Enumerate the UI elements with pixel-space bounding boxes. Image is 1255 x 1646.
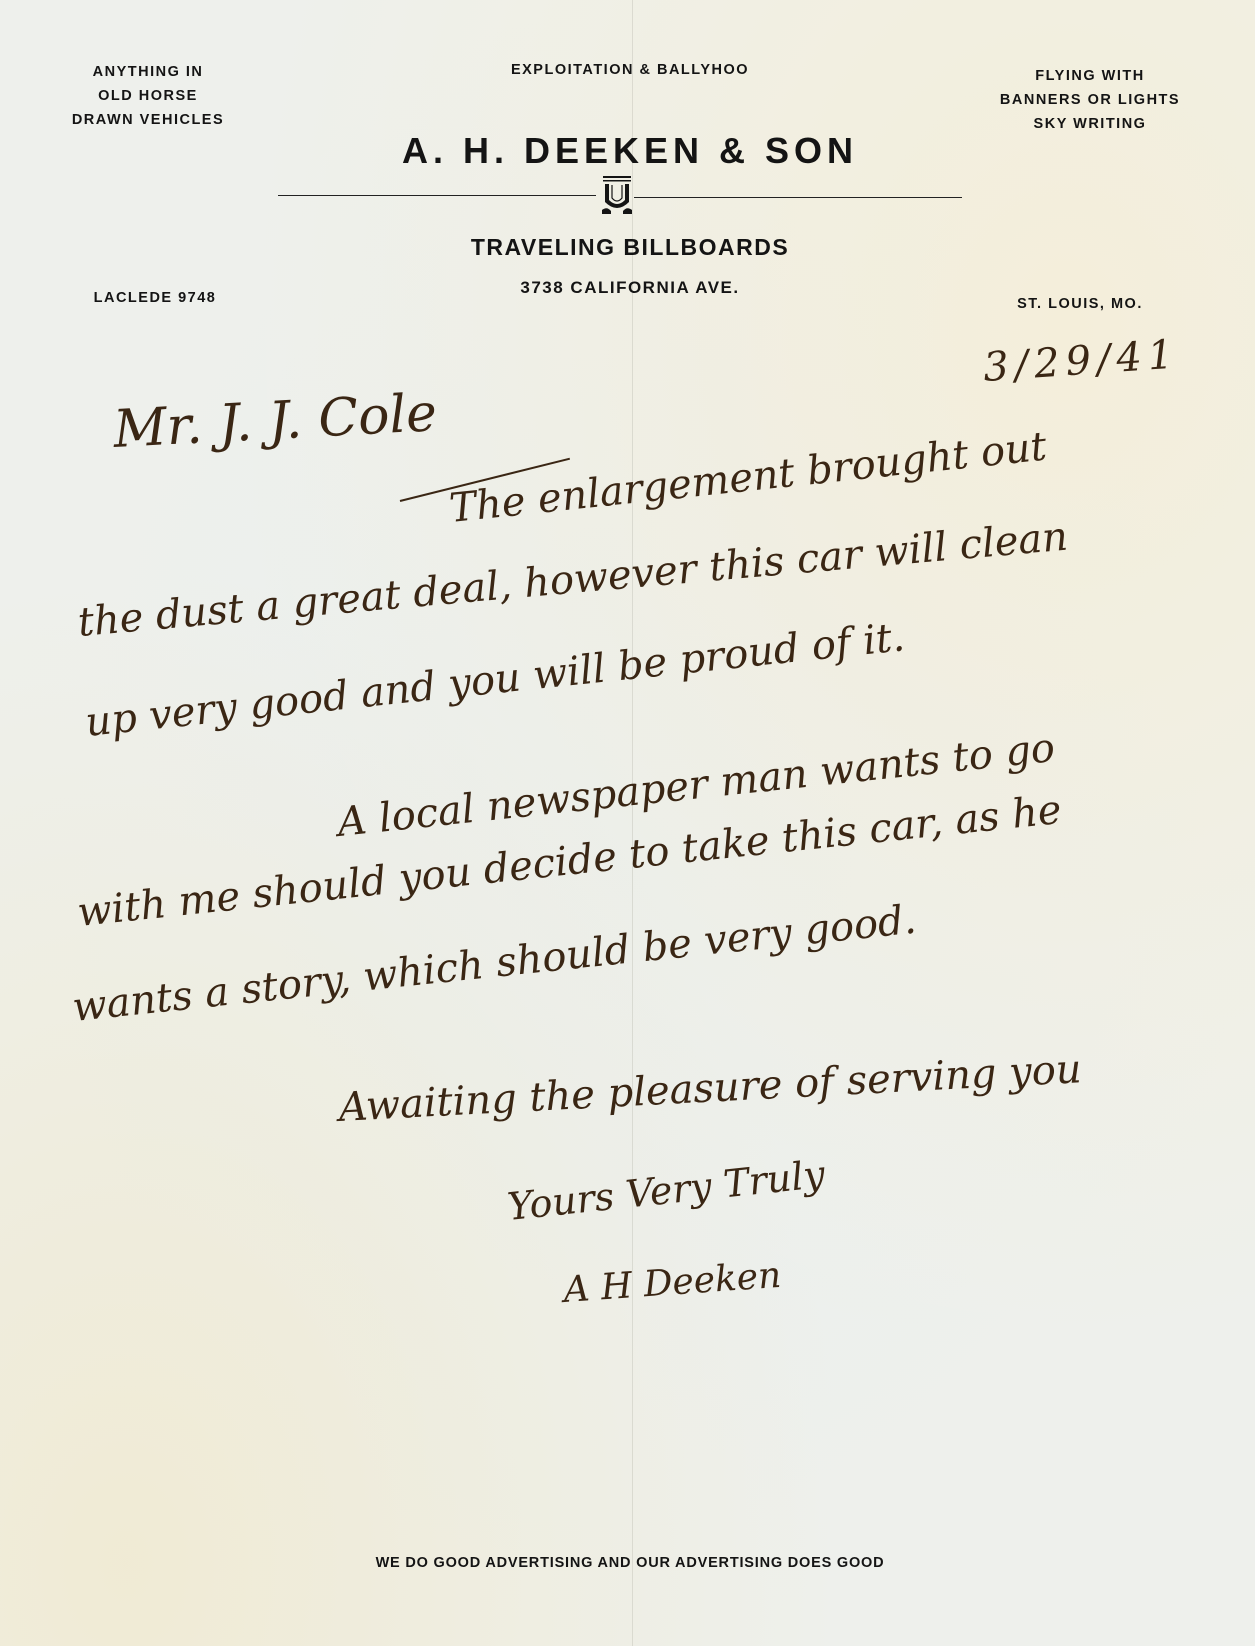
closing: Yours Very Truly <box>505 1152 826 1229</box>
header-rule-left <box>278 195 596 196</box>
right-services-block: FLYING WITH BANNERS OR LIGHTS SKY WRITIN… <box>975 64 1205 136</box>
left-services-block: ANYTHING IN OLD HORSE DRAWN VEHICLES <box>48 60 248 132</box>
street-address: 3738 CALIFORNIA AVE. <box>400 278 860 298</box>
right-service-line: BANNERS OR LIGHTS <box>975 88 1205 112</box>
right-service-line: SKY WRITING <box>975 112 1205 136</box>
phone-exchange: LACLEDE 9748 <box>60 290 250 306</box>
letter-line: The enlargement brought out <box>447 424 1049 532</box>
salutation: Mr. J. J. Cole <box>112 383 438 460</box>
letter-line: the dust a great deal, however this car … <box>76 514 1070 646</box>
top-tagline: EXPLOITATION & BALLYHOO <box>380 62 880 78</box>
footer-motto: WE DO GOOD ADVERTISING AND OUR ADVERTISI… <box>240 1555 1020 1571</box>
left-service-line: DRAWN VEHICLES <box>48 108 248 132</box>
left-service-line: OLD HORSE <box>48 84 248 108</box>
horseshoe-emblem-icon <box>601 176 633 216</box>
city-state: ST. LOUIS, MO. <box>985 296 1175 312</box>
letter-line: Awaiting the pleasure of serving you <box>338 1046 1083 1131</box>
business-subtitle: TRAVELING BILLBOARDS <box>340 234 920 261</box>
left-service-line: ANYTHING IN <box>48 60 248 84</box>
signature: A H Deeken <box>562 1255 782 1311</box>
company-name: A. H. DEEKEN & SON <box>300 130 960 172</box>
letter-date: 3/29/41 <box>982 331 1181 391</box>
right-service-line: FLYING WITH <box>975 64 1205 88</box>
header-rule-right <box>634 197 962 198</box>
